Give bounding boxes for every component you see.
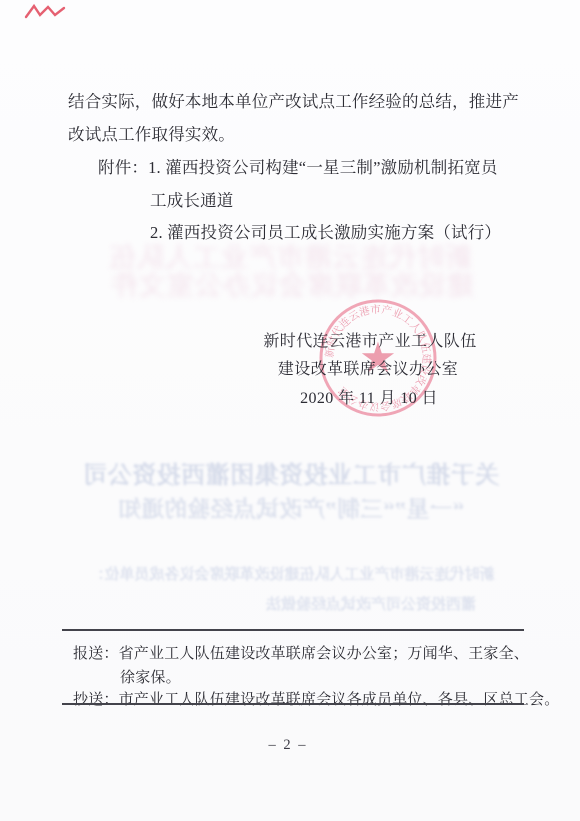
attachment-line-2: 工成长通道 xyxy=(150,187,234,211)
page-number: – 2 – xyxy=(269,737,308,754)
bleed-body-line-1: 新时代连云港市产业工人队伍建设改革联席会议各成员单位： xyxy=(89,563,494,584)
paragraph-line-1: 结合实际，做好本地本单位产改试点工作经验的总结，推进产 xyxy=(68,88,519,112)
signature-org-line-1: 新时代连云港市产业工人队伍 xyxy=(263,328,476,351)
chaosong-line: 抄送：市产业工人队伍建设改革联席会议各成员单位、各县、区总工会。 xyxy=(73,688,559,709)
attachment-line-3: 2. 灌西投资公司员工成长激励实施方案（试行） xyxy=(150,219,501,243)
bleed-body-line-2: 灌西投资公司产改试点经验做法 xyxy=(266,593,476,614)
baosong-line-1: 报送：省产业工人队伍建设改革联席会议办公室；万闻华、王家全、 xyxy=(73,642,529,663)
document-page: 新时代连云港市产业工人队伍 建设改革联席会议办公室文件 结合实际，做好本地本单位… xyxy=(0,0,580,821)
signature-date: 2020 年 11 月 10 日 xyxy=(300,385,438,408)
signature-org-line-2: 建设改革联席会议办公室 xyxy=(278,356,458,379)
bleed-title-line-2: “一星”“三制”产改试点经验的通知 xyxy=(118,492,464,524)
attachment-line-1: 附件：1. 灌西投资公司构建“一星三制”激励机制拓宽员 xyxy=(98,154,498,178)
paragraph-line-2: 改试点工作取得实效。 xyxy=(68,121,235,145)
footer-bottom-rule xyxy=(62,703,524,705)
baosong-line-2: 徐家保。 xyxy=(120,666,181,687)
bleed-title-line-1: 关于推广市工业投资集团灌西投资公司 xyxy=(83,455,500,490)
footer-top-rule xyxy=(62,629,524,631)
red-pen-mark xyxy=(24,2,68,26)
